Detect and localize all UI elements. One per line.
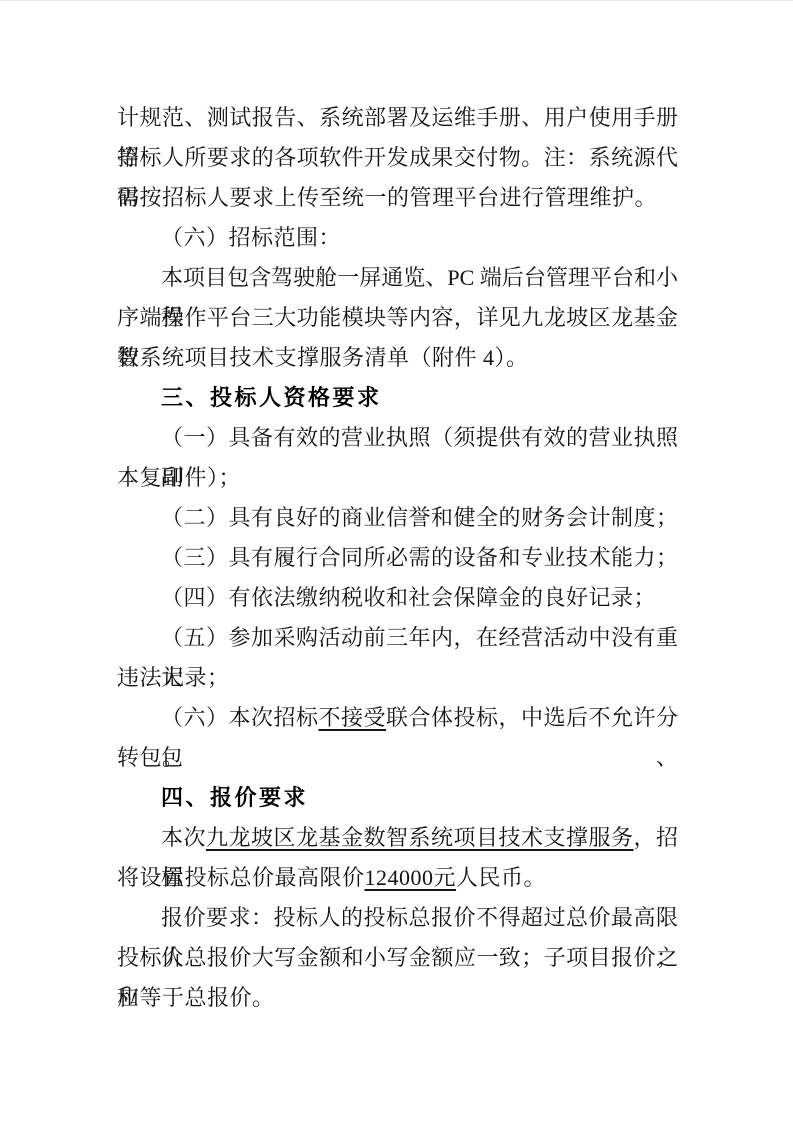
document-body: 计规范、测试报告、系统部署及运维手册、用户使用手册等招标人所要求的各项软件开发成…	[117, 98, 678, 1018]
text-line: 计规范、测试报告、系统部署及运维手册、用户使用手册等	[117, 98, 678, 138]
text-line: 将设置投标总价最高限价124000元人民币。	[117, 858, 678, 898]
text-segment: 本次	[161, 825, 206, 850]
text-line: 智系统项目技术支撑服务清单（附件 4）。	[117, 338, 678, 378]
text-segment: （四）有依法缴纳税收和社会保障金的良好记录；	[161, 585, 656, 610]
text-line: （五）参加采购活动前三年内，在经营活动中没有重大	[117, 618, 678, 658]
text-segment: （三）具有履行合同所必需的设备和专业技术能力；	[161, 545, 679, 570]
underlined-text: 124000元	[365, 865, 457, 890]
text-line: 应等于总报价。	[117, 978, 678, 1018]
text-line: 招标人所要求的各项软件开发成果交付物。注：系统源代码	[117, 138, 678, 178]
text-segment: 应等于总报价。	[117, 985, 275, 1010]
underlined-text: 不接受	[319, 705, 387, 730]
text-line: 序端操作平台三大功能模块等内容，详见九龙坡区龙基金数	[117, 298, 678, 338]
text-segment: 需按招标人要求上传至统一的管理平台进行管理维护。	[117, 185, 657, 210]
text-line: （六）本次招标不接受联合体投标，中选后不允许分包、	[117, 698, 678, 738]
underlined-text: 九龙坡区龙基金数智系统项目技术支撑服务	[206, 825, 633, 850]
section-heading: 四、报价要求	[117, 778, 678, 818]
document-page: 计规范、测试报告、系统部署及运维手册、用户使用手册等招标人所要求的各项软件开发成…	[0, 0, 793, 1122]
text-line: （四）有依法缴纳税收和社会保障金的良好记录；	[117, 578, 678, 618]
text-segment: 转包。	[117, 745, 185, 770]
section-heading: 三、投标人资格要求	[117, 378, 678, 418]
text-segment: （六）招标范围：	[161, 225, 341, 250]
text-line: 投标人总报价大写金额和小写金额应一致；子项目报价之和	[117, 938, 678, 978]
text-line: （一）具备有效的营业执照（须提供有效的营业执照副	[117, 418, 678, 458]
text-line: 违法记录；	[117, 658, 678, 698]
text-line: 报价要求：投标人的投标总报价不得超过总价最高限价；	[117, 898, 678, 938]
text-segment: 三、投标人资格要求	[161, 385, 382, 410]
text-segment: 智系统项目技术支撑服务清单（附件 4）。	[117, 345, 529, 370]
text-line: （二）具有良好的商业信誉和健全的财务会计制度；	[117, 498, 678, 538]
text-line: （三）具有履行合同所必需的设备和专业技术能力；	[117, 538, 678, 578]
text-segment: 四、报价要求	[161, 785, 308, 810]
text-line: （六）招标范围：	[117, 218, 678, 258]
text-line: 本复印件）；	[117, 458, 678, 498]
text-segment: （六）本次招标	[161, 705, 319, 730]
text-segment: 人民币。	[456, 865, 546, 890]
text-line: 本项目包含驾驶舱一屏通览、PC 端后台管理平台和小程	[117, 258, 678, 298]
text-segment: 违法记录；	[117, 665, 230, 690]
text-segment: 本复印件）；	[117, 465, 241, 490]
text-segment: （二）具有良好的商业信誉和健全的财务会计制度；	[161, 505, 679, 530]
text-line: 本次九龙坡区龙基金数智系统项目技术支撑服务，招标	[117, 818, 678, 858]
text-line: 需按招标人要求上传至统一的管理平台进行管理维护。	[117, 178, 678, 218]
text-segment: 将设置投标总价最高限价	[117, 865, 365, 890]
